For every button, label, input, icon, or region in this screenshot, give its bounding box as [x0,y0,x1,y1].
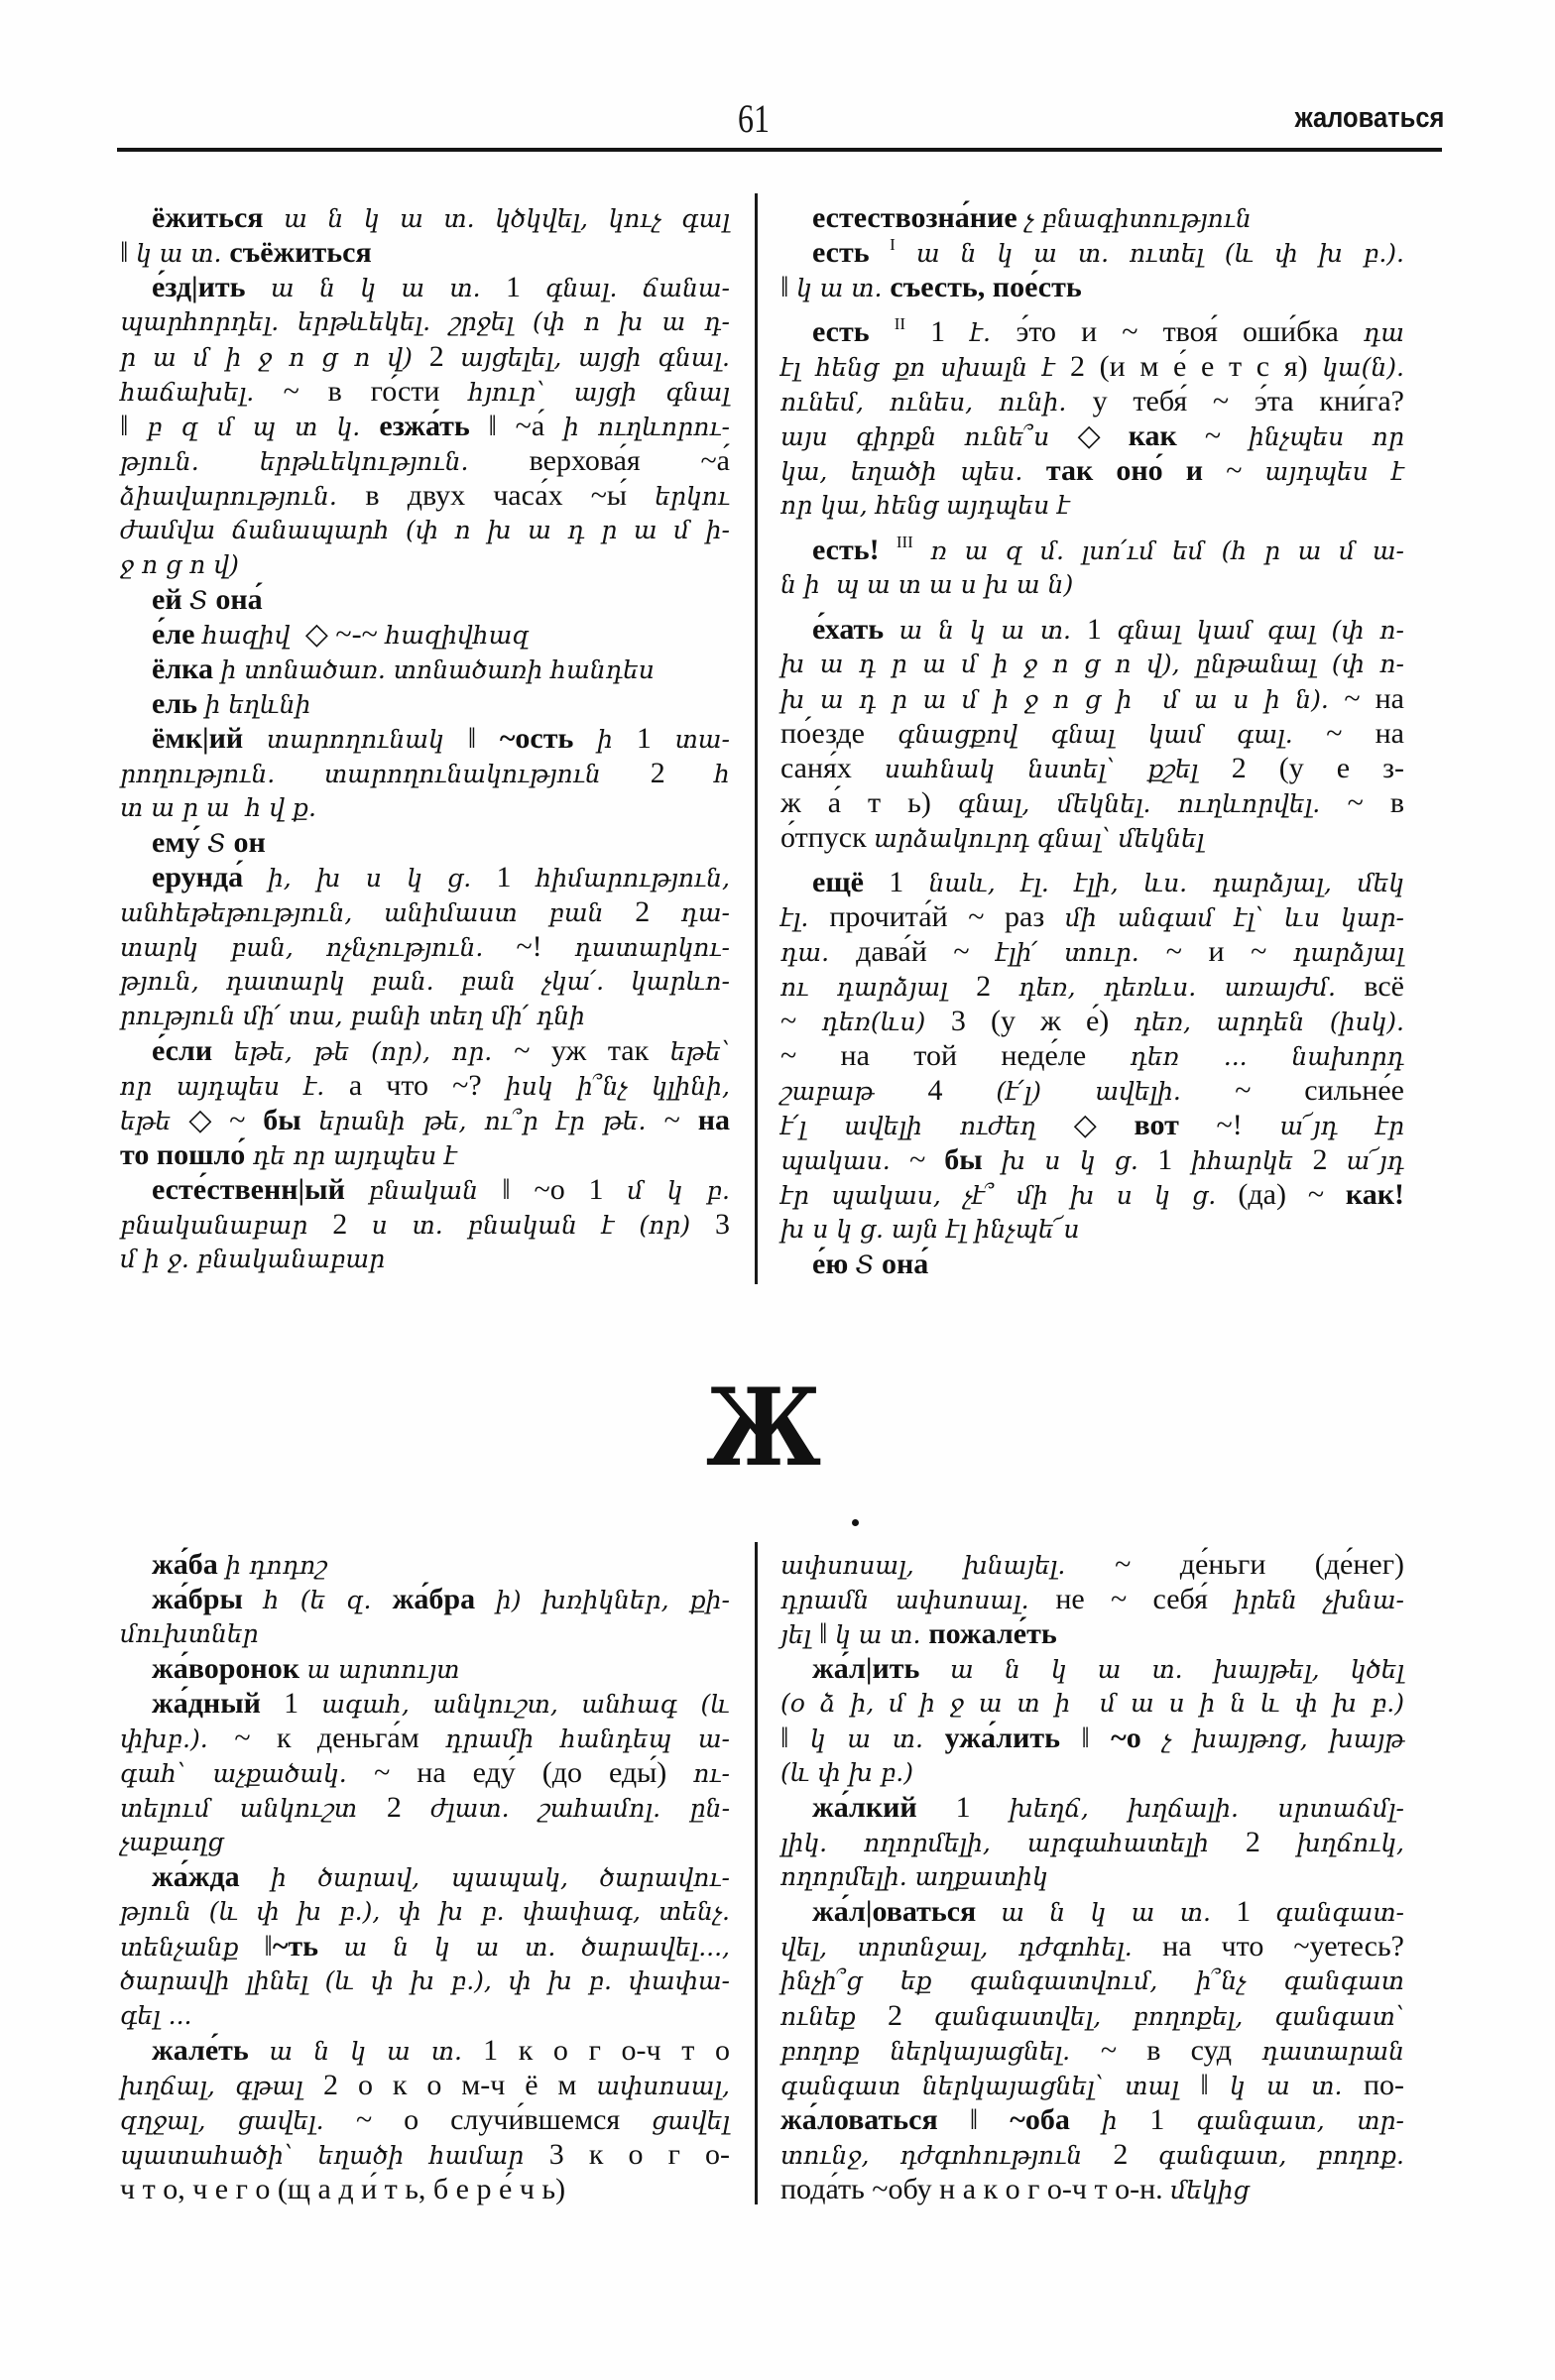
russian-text: ◇ ~ [188,1104,263,1136]
entry-line: որ կա, հենց այդպես է [780,488,1404,523]
armenian-translation: էր պակաս, չէ՞ մի խ ս կ ց. [780,1181,1238,1210]
entry-line-text: էլ. прочита́й ~ раз մի անգամ էլ՝ ևս կար- [780,899,1404,939]
headword: есть [812,315,895,348]
russian-text: саня́х [780,752,885,784]
armenian-translation: ժլատ. շահամոլ. ըն- [430,1794,730,1823]
entry-line: ёжиться ա ն կ ա տ. կծկվել, կուչ գալ [120,200,730,235]
entry-line: գանգատ ներկայացնել՝ տալ ‖ կ ա տ. по- [780,2068,1404,2102]
russian-text: ‖ [780,271,796,303]
entry-line: ն ի պ ա տ ա ս խ ա ն) [780,567,1404,602]
armenian-translation: հյուր՝ այցի գնալ [468,378,730,407]
russian-text: 1 [284,1687,321,1720]
armenian-translation: իրեն չխնա- [1234,1586,1404,1614]
russian-text: ~ на еду́ (до еды́) [374,1756,693,1789]
entry-line: զղջալ, ցավել. ~ о случи́вшемся ցավել [120,2102,730,2137]
armenian-translation: տենչանք [120,1933,264,1962]
armenian-translation: Տ [856,1250,882,1279]
entry-line-text: жа́ловаться ‖ ~оба ի 1 գանգատ, տր- [780,2102,1404,2142]
entry-line: հաճախել. ~ в го́сти հյուր՝ այցի գնալ [120,374,730,409]
russian-text: ~ в суд [1101,2034,1261,2067]
headword: е́хать [812,613,899,646]
entry-line: ~ на той неде́ле դեռ ... նախորդ [780,1038,1404,1073]
bold-phrase: на [698,1104,730,1136]
russian-text: о́тпуск [780,821,874,854]
armenian-translation: կ ա տ. [796,274,890,302]
headword: естествозна́ние [812,201,1024,234]
armenian-translation: կա, եղածի պես. [780,457,1046,486]
armenian-translation: ունեմ, ունես, ունի. [780,388,1093,416]
entry-line: жа́бры հ (ե զ. жа́бра ի) խռիկներ, քի- [120,1582,730,1616]
entry-line-text: жа́дный 1 ագահ, անկուշտ, անհագ (և [152,1686,730,1725]
dictionary-entry: е́сли եթե, թե (որ), որ. ~ уж так եթե՝որ … [120,1033,730,1172]
armenian-translation: դա [1364,318,1404,347]
russian-text: в двух часа́х ~ы́ [365,479,655,512]
russian-text: ч т о, ч е г о (щ а д и́ т ь, б е р е́ ч… [120,2173,565,2205]
entry-line-text: թյուն (և փ խ բ.), փ խ բ. փափագ, տենչ. [120,1894,730,1933]
headword: жа́дный [152,1687,284,1720]
entry-line-text: տարկ բան, ոչնչություն. ~! դատարկու- [120,929,730,969]
armenian-translation: ի [597,725,637,754]
armenian-translation: մ ի ջ. բնականաբար [120,1245,385,1273]
entry-line: որ այդպես է. а что ~? իսկ ի՞նչ կլինի, [120,1068,730,1103]
entry-line: ծարավի լինել (և փ խ բ.), փ խ բ. փափա- [120,1963,730,1998]
entry-line: есть I ա ն կ ա տ. ուտել (և փ խ բ.). [780,235,1404,270]
armenian-translation: դա- [680,898,730,927]
entry-line-text: (և փ խ բ.) [780,1755,913,1794]
russian-text: ‖ ~а́ [470,410,563,442]
entry-line: խղճալ, գթալ 2 о к о м-ч ё м ափսոսալ, [120,2068,730,2102]
russian-text: ~ [664,1104,698,1136]
dictionary-entry: есть II 1 է. э́то и ~ твоя́ оши́бка դաէլ… [780,314,1404,523]
russian-text: 3 к о г о- [549,2138,730,2171]
entry-line: թյուն (և փ խ բ.), փ խ բ. փափագ, տենչ. [120,1894,730,1929]
entry-line-text: саня́х սահնակ նստել՝ քշել 2 (у е з- [780,751,1404,790]
dictionary-entry: жа́дный 1 ագահ, անկուշտ, անհագ (ևփխբ.). … [120,1686,730,1859]
russian-text: 2 [429,340,460,373]
armenian-translation: ափսոսալ, խնայել. [780,1551,1115,1580]
entry-line-text: րություն մի՛ տա, բանի տեղ մի՛ դնի [120,999,585,1037]
entry-line-text: տելում անկուշտ 2 ժլատ. շահամոլ. ըն- [120,1790,730,1830]
armenian-translation: խղճուկ, [1296,1829,1404,1857]
entry-line-text: е́ю Տ она́ [812,1247,928,1286]
dictionary-entry: е́зд|ить ա ն կ ա տ. 1 գնալ. ճանա-պարհորդ… [120,270,730,582]
russian-text: ~ в [1348,786,1404,819]
entry-line: саня́х սահնակ նստել՝ քշել 2 (у е з- [780,751,1404,785]
headword: жа́воронок [152,1652,307,1685]
dictionary-entry: ель ի եղևնի [120,686,730,721]
entry-line: անհեթեթություն, անիմաստ բան 2 դա- [120,894,730,929]
dictionary-entry: жа́бры հ (ե զ. жа́бра ի) խռիկներ, քի-մու… [120,1582,730,1651]
russian-text: пода́ть ~обу н а к о г о-ч т о-н. [780,2173,1170,2205]
dictionary-entry: ерунда́ ի, խ ս կ ց. 1 հիմարություն,անհեթ… [120,860,730,1033]
armenian-translation: (օ ձ ի, մ ի ջ ա տ ի մ ա ս ի ն և փ խ բ.) [780,1689,1404,1718]
entry-line-text: жа́воронок ա արտույտ [152,1651,460,1691]
entry-line: տելում անկուշտ 2 ժլատ. շահամոլ. ըն- [120,1790,730,1825]
bold-phrase: съесть, пое́сть [890,271,1081,303]
entry-line-text: ժամվա ճանապարհ (փ ո խ ա դ ր ա մ ի- [120,513,730,551]
entry-line: е́ле հազիվ ◇ ~-~ հազիվհազ [120,617,730,652]
russian-text: ‖ [938,2103,1011,2136]
armenian-translation: (է՛լ) ավելի. [996,1077,1235,1106]
entry-line-text: մուխտներ [120,1616,259,1655]
entry-line-text: դրամն ափսոսալ. не ~ себя́ իրեն չխնա- [780,1582,1404,1621]
armenian-translation: ինչի՞ց եք գանգատվում, ի՞նչ գանգատ [780,1966,1404,1995]
entry-line-text: ու դարձյալ 2 դեռ, դեռևս. առայժմ. всё [780,969,1404,1009]
entry-line: ему́ Տ он [120,825,730,860]
entry-line: (օ ձ ի, մ ի ջ ա տ ի մ ա ս ի ն և փ խ բ.) [780,1686,1404,1721]
bold-phrase: ~ть [273,1930,344,1963]
entry-line: րություն մի՛ տա, բանի տեղ մի՛ դնի [120,999,730,1033]
bold-phrase: жа́бра [393,1583,496,1615]
entry-line-text: ‖ կ ա տ. съесть, пое́сть [780,270,1082,309]
armenian-translation: տունջ, դժգոհություն [780,2141,1113,2170]
russian-text: 2 [976,970,1018,1003]
entry-line: տարկ բան, ոչնչություն. ~! դատարկու- [120,929,730,964]
entry-line-text: ч т о, ч е г о (щ а д и́ т ь, б е р е́ ч… [120,2172,565,2211]
entry-line-text: е́сли եթե, թե (որ), որ. ~ уж так եթե՝ [152,1033,730,1073]
armenian-translation: ջ ո ց ո վ) [120,550,239,579]
dictionary-entry: жале́ть ա ն կ ա տ. 1 к о г о-ч т оխղճալ,… [120,2033,730,2206]
entry-line-text: ему́ Տ он [152,825,266,865]
armenian-translation: փխբ.). [120,1725,234,1753]
entry-line-text: ողորմելի. աղքատիկ [780,1859,1048,1898]
page-number: 61 [706,97,801,141]
entry-line: գել ... [120,1998,730,2033]
russian-text: ~ на той неде́ле [780,1039,1130,1072]
dictionary-entry: жа́л|оваться ա ն կ ա տ. 1 գանգատ-վել, տր… [780,1894,1404,2206]
russian-text: ~ [1177,419,1249,452]
entry-line: ей Տ она́ [120,582,730,617]
entry-line: е́хать ա ն կ ա տ. 1 գնալ կամ գալ (փ ո- [780,612,1404,647]
entry-line-text: ունեմ, ունես, ունի. у тебя́ ~ э́та кни́г… [780,384,1404,423]
entry-continuation: ափսոսալ, խնայել. ~ де́ньги (де́нег)դրամն… [780,1547,1404,1651]
entry-line: չաքաղց [120,1825,730,1859]
entry-line: փխբ.). ~ к деньга́м դրամի հանդեպ ա- [120,1721,730,1755]
entry-line: այս գիրքն ունե՞ս ◇ как ~ ինչպես որ [780,418,1404,453]
armenian-translation: ափսոսալ, [596,2072,730,2100]
russian-text: ~ [1226,454,1264,487]
entry-line-text: եթե ◇ ~ бы երանի թե, ու՞ր էր թե. ~ на [120,1103,730,1142]
dictionary-entry: естествозна́ние չ բնագիտություն [780,200,1404,235]
entry-line-text: թյուն, դատարկ բան. բան չկա՛. կարևո- [120,964,730,1003]
armenian-translation: խ ա դ ր ա մ ի ջ ո ց ի մ ա ս ի ն). [780,685,1344,714]
entry-line: էլ. прочита́й ~ раз մի անգամ էլ՝ ևս կար- [780,899,1404,934]
entry-line: պակաս. ~ бы խ ս կ ց. 1 իհարկե 2 ա՜յդ [780,1142,1404,1177]
entry-line: դրամն ափսոսալ. не ~ себя́ իրեն չխնա- [780,1582,1404,1616]
entry-line-text: գանգատ ներկայացնել՝ տալ ‖ կ ա տ. по- [780,2068,1404,2107]
entry-line: жа́л|ить ա ն կ ա տ. խայթել, կծել [780,1651,1404,1686]
headword: е́ле [152,618,202,651]
armenian-translation: ա ն կ ա տ. [1001,1898,1236,1927]
entry-line-text: է՛լ ավելի ուժեղ ◇ вот ~! ա՜յդ էր [780,1108,1404,1147]
entry-line-text: դա. дава́й ~ էլի՛ տուր. ~ и ~ դարձյալ [780,934,1404,974]
armenian-translation: գել ... [120,2001,192,2030]
column-divider-top [755,193,758,1284]
headword: ей [152,583,189,616]
armenian-translation: ի դոդոշ [225,1551,327,1580]
bold-phrase: ужа́лить [945,1722,1060,1754]
entry-line: ч т о, ч е г о (щ а д и́ т ь, б е р е́ ч… [120,2172,730,2206]
entry-line-text: ափսոսալ, խնայել. ~ де́ньги (де́нег) [780,1547,1404,1587]
entry-line: естествозна́ние չ բնագիտություն [780,200,1404,235]
entry-line: դա. дава́й ~ էլի՛ տուր. ~ и ~ դարձյալ [780,934,1404,969]
armenian-translation: հ [714,760,730,788]
armenian-translation: ա արտույտ [307,1655,460,1684]
entry-line: պարհորդել. երթևեկել. շրջել (փ ո խ ա դ- [120,304,730,339]
entry-line: մ ի ջ. բնականաբար [120,1242,730,1276]
russian-text: ‖ [120,236,136,269]
bold-phrase: бы [944,1143,1001,1176]
entry-line: есте́ственн|ый բնական ‖ ~о 1 մ կ բ. [120,1172,730,1207]
entry-line-text: զղջալ, ցավել. ~ о случи́вшемся ցավել [120,2102,730,2142]
entry-line-text: մ ի ջ. բնականաբար [120,1242,385,1280]
armenian-translation: եթե [120,1107,188,1135]
russian-text: на что ~уетесь? [1162,1930,1404,1963]
bold-phrase: жа́ловаться [780,2103,938,2136]
armenian-translation: ի) խռիկներ, քի- [496,1586,730,1614]
entry-line-text: որ կա, հենց այդպես է [780,488,1070,527]
headword: жа́ба [152,1548,225,1581]
russian-text: 2 [651,757,714,789]
entry-line-text: жале́ть ա ն կ ա տ. 1 к о г о-ч т о [152,2033,730,2073]
russian-text: ~ о случи́вшемся [356,2103,652,2136]
dictionary-entry: есть! III ռ ա զ մ. լսո՛ւմ եմ (հ ր ա մ ա-… [780,533,1404,602]
entry-line-text: խ ս կ ց. այն էլ ինչպե՜ս [780,1212,1079,1250]
entry-line-text: то пошло́ դե որ այդպես է [120,1137,457,1177]
entry-line: ր ա մ ի ջ ո ց ո վ) 2 այցելել, այցի գնալ. [120,339,730,374]
armenian-translation: ս տ. բնական է (որ) [372,1211,715,1240]
russian-text: у тебя́ ~ э́та кни́га? [1093,385,1404,417]
entry-line: մուխտներ [120,1616,730,1651]
entry-line-text: վել, տրտնջալ, դժգոհել. на что ~уетесь? [780,1929,1404,1968]
entry-line: жале́ть ա ն կ ա տ. 1 к о г о-ч т о [120,2033,730,2068]
armenian-translation: ժամվա ճանապարհ (փ ո խ ա դ ր ա մ ի- [120,516,730,544]
armenian-translation: բ զ մ պ տ կ. [147,413,379,441]
entry-line: եթե ◇ ~ бы երանի թե, ու՞ր էր թե. ~ на [120,1103,730,1137]
dictionary-entry: ему́ Տ он [120,825,730,860]
entry-line: ‖ բ զ մ պ տ կ. езжа́ть ‖ ~а́ ի ուղևորու- [120,409,730,443]
entry-line: ёмк|ий տարողունակ ‖ ~ость ի 1 տա- [120,721,730,756]
armenian-translation: ա ն կ ա տ. խայթել, կծել [950,1655,1404,1684]
entry-line: բնականաբար 2 ս տ. բնական է (որ) 3 [120,1207,730,1242]
dictionary-entry: жа́л|ить ա ն կ ա տ. խայթել, կծել(օ ձ ի, … [780,1651,1404,1790]
headword: жа́жда [152,1860,271,1893]
russian-text: ‖ [1060,1722,1111,1754]
running-head: жаловаться [1294,101,1444,135]
armenian-translation: ծարավի լինել (և փ խ բ.), փ խ բ. փափա- [120,1966,730,1995]
headword: есть [812,236,890,269]
entry-line-text: ունեք 2 գանգատվել, բողոքել, գանգատ՝ [780,1998,1404,2038]
russian-text: верхова́я ~а́ [530,444,730,477]
headword: жа́л|оваться [812,1895,1001,1928]
entry-line: թյուն. երթևեկություն. верхова́я ~а́ [120,443,730,478]
entry-line-text: жа́бры հ (ե զ. жа́бра ի) խռիկներ, քի- [152,1582,730,1621]
armenian-translation: պակաս. [780,1146,909,1175]
russian-text: 1 [1157,1143,1191,1176]
armenian-translation: տարողունակ [267,725,468,754]
dictionary-entry: ёмк|ий տարողունակ ‖ ~ость ի 1 տա-րողությ… [120,721,730,825]
armenian-translation: թյուն, դատարկ բան. բան չկա՛. կարևո- [120,967,730,996]
armenian-translation: խ ա դ ր ա մ ի ջ ո ց ո վ), ընթանալ (փ ո- [780,650,1404,678]
entry-line: է՛լ ավելի ուժեղ ◇ вот ~! ա՜յդ էր [780,1108,1404,1142]
armenian-translation: երկու [655,482,730,511]
russian-text: прочита́й ~ раз [829,900,1064,933]
headword: ему́ [152,826,207,859]
entry-line: то пошло́ դե որ այդպես է [120,1137,730,1172]
entry-line: ունեք 2 գանգատվել, բողոքել, գանգատ՝ [780,1998,1404,2033]
armenian-translation: խղճալ, գթալ [120,2072,323,2100]
armenian-translation: խեղճ, խղճալի. սրտաճմլ- [1010,1794,1404,1823]
bold-phrase: она́ [215,583,262,616]
dictionary-entry: жа́воронок ա արտույտ [120,1651,730,1686]
column-top-left: ёжиться ա ն կ ա տ. կծկվել, կուչ գալ‖ կ ա… [120,200,730,1276]
russian-text: 1 [956,1791,1010,1824]
armenian-translation: ր ա մ ի ջ ո ց ո վ) [120,343,429,372]
bold-phrase: пожале́ть [928,1617,1056,1650]
homonym-number: III [897,533,913,551]
russian-text: 3 [715,1208,730,1241]
armenian-translation: զղջալ, ցավել. [120,2106,356,2135]
russian-text: ~ к деньга́м [234,1722,445,1754]
entry-line-text: жа́ба ի դոդոշ [152,1547,327,1587]
entry-line: լիկ. ողորմելի, արգահատելի 2 խղճուկ, [780,1825,1404,1859]
entry-line: ինչի՞ց եք գանգատվում, ի՞նչ գանգատ [780,1963,1404,1998]
headword: ерунда́ [152,861,268,893]
print-dot [852,1519,859,1526]
russian-text: ‖ [1200,2069,1229,2101]
entry-line: խ ա դ ր ա մ ի ջ ո ց ո վ), ընթանալ (փ ո- [780,647,1404,681]
armenian-translation: կա(ն). [1322,353,1404,382]
armenian-translation: նաև, էլ. էլի, ևս. դարձյալ, մեկ [928,869,1404,897]
dictionary-entry: есть I ա ն կ ա տ. ուտել (և փ խ բ.).‖ կ ա… [780,235,1404,304]
entry-line-text: էր պակաս, չէ՞ մի խ ս կ ց. (да) ~ как! [780,1177,1404,1217]
entry-line: ~ դեռ(ևս) 3 (у ж е́) դեռ, արդեն (իսկ). [780,1004,1404,1038]
entry-line-text: յել ‖ կ ա տ. пожале́ть [780,1616,1057,1656]
dictionary-entry: жа́жда ի ծարավ, պապակ, ծարավու-թյուն (և … [120,1859,730,2033]
russian-text: ~ в го́сти [284,375,469,408]
russian-text: ~ [909,1143,944,1176]
armenian-translation: էլ հենց քո սխալն է [780,353,1070,382]
armenian-translation: գնալ, մեկնել. ուղևորվել. [958,789,1348,818]
headword: жа́лкий [812,1791,956,1824]
armenian-translation: գնացքով գնալ կամ գալ. [897,720,1326,749]
armenian-translation: այցելել, այցի գնալ. [460,343,730,372]
armenian-translation: ի [1102,2106,1149,2135]
entry-line: е́ю Տ она́ [780,1247,1404,1281]
entry-line: ж а́ т ь) գնալ, մեկնել. ուղևորվել. ~ в [780,785,1404,820]
entry-line-text: ծարավի լինել (և փ խ բ.), փ խ բ. փափա- [120,1963,730,2002]
armenian-translation: է. [970,318,1016,347]
bold-phrase: езжа́ть [379,410,469,442]
armenian-translation: դատարկու- [574,933,730,962]
entry-line-text: պարհորդել. երթևեկել. շրջել (փ ո խ ա դ- [120,304,730,343]
entry-line: բողոք ներկայացնել. ~ в суд դատարան [780,2033,1404,2068]
entry-line: րողություն. տարողունակություն 2 հ [120,756,730,790]
bold-phrase: как! [1346,1178,1404,1211]
russian-text: ~ и ~ [1166,935,1293,968]
entry-line-text: ж а́ т ь) գնալ, մեկնել. ուղևորվել. ~ в [780,785,1404,825]
entry-line: ель ի եղևնի [120,686,730,721]
armenian-translation: կ ա տ. [810,1725,945,1753]
armenian-translation: գանգատվել, բողոքել, գանգատ՝ [934,2002,1404,2031]
entry-line: ջ ո ց ո վ) [120,547,730,582]
armenian-translation: էլի՛ տուր. [996,938,1166,967]
dictionary-entry: ёжиться ա ն կ ա տ. կծկվել, կուչ գալ‖ կ ա… [120,200,730,270]
armenian-translation: ն ի պ ա տ ա ս խ ա ն) [780,570,1073,599]
entry-line-text: անհեթեթություն, անիմաստ բան 2 դա- [120,894,730,934]
entry-line: շաբաթ 4 (է՛լ) ավելի. ~ сильне́е [780,1073,1404,1108]
russian-text: ~ сильне́е [1235,1074,1404,1107]
armenian-translation: մուխտներ [120,1619,259,1648]
russian-text: 2 [332,1208,371,1241]
armenian-translation: ողորմելի. աղքատիկ [780,1862,1048,1891]
entry-line-text: ей Տ она́ [152,582,263,622]
russian-text: 2 (у е з- [1232,752,1404,784]
armenian-translation: եթե, թե (որ), որ. [234,1037,515,1066]
armenian-translation: հազիվհազ [385,621,529,650]
entry-line-text: լիկ. ողորմելի, արգահատելի 2 խղճուկ, [780,1825,1404,1864]
armenian-translation: լիկ. ողորմելի, արգահատելի [780,1829,1246,1857]
armenian-translation: մեկից [1170,2176,1249,2204]
russian-text: ‖ [780,1722,810,1754]
armenian-translation: տելում անկուշտ [120,1794,387,1823]
armenian-translation: գանգատ, բողոք. [1158,2141,1404,2170]
armenian-translation: որ կա, հենց այդպես է [780,491,1070,520]
armenian-translation: գանգատ, տր- [1196,2106,1404,2135]
headword: ёжиться [152,201,264,234]
armenian-translation: այդպես է [1265,457,1404,486]
entry-line: (և փ խ բ.) [780,1755,1404,1790]
armenian-translation: Տ [207,829,233,858]
armenian-translation: բնականաբար [120,1211,332,1240]
entry-line-text: խ ա դ ր ա մ ի ջ ո ց ի մ ա ս ի ն). ~ на [780,681,1404,721]
armenian-translation: ձիավարություն. [120,482,365,511]
entry-line: ողորմելի. աղքատիկ [780,1859,1404,1894]
dictionary-entry: е́ю Տ она́ [780,1247,1404,1281]
bold-phrase: съёжиться [229,236,371,269]
entry-line: տ ա ր ա հ վ ք. [120,790,730,825]
entry-line: տենչանք ‖~ть ա ն կ ա տ. ծարավել..., [120,1929,730,1963]
entry-line-text: е́зд|ить ա ն կ ա տ. 1 գնալ. ճանա- [152,270,730,309]
entry-line-text: ерунда́ ի, խ ս կ ց. 1 հիմարություն, [152,860,730,899]
entry-line: е́зд|ить ա ն կ ա տ. 1 գնալ. ճանա- [120,270,730,304]
entry-line: жа́дный 1 ագահ, անկուշտ, անհագ (և [120,1686,730,1721]
armenian-translation: տա- [675,725,730,754]
armenian-translation: ու դարձյալ [780,973,976,1002]
armenian-translation: դե որ այդպես է [253,1141,457,1170]
column-bottom-right: ափսոսալ, խնայել. ~ де́ньги (де́нег)դրամն… [780,1547,1404,2206]
entry-line-text: пода́ть ~обу н а к о г о-ч т о-н. մեկից [780,2172,1250,2211]
section-letter-heading: Ж [706,1368,815,1487]
entry-line-text: բողոք ներկայացնել. ~ в суд դատարան [780,2033,1404,2073]
entry-line: ունեմ, ունես, ունի. у тебя́ ~ э́та кни́г… [780,384,1404,418]
armenian-translation: այս գիրքն ունե՞ս [780,422,1078,451]
armenian-translation: ռ ա զ մ. լսո՛ւմ եմ (հ ր ա մ ա- [913,536,1404,565]
armenian-translation: դարձյալ [1293,938,1404,967]
russian-text: а что ~? [349,1069,506,1102]
russian-text: э́то и ~ твоя́ оши́бка [1016,315,1363,348]
russian-text: ◇ [1074,1109,1135,1141]
russian-text: (да) ~ [1238,1178,1345,1211]
bold-phrase: ~о [1111,1722,1162,1754]
entry-line: жа́лкий 1 խեղճ, խղճալի. սրտաճմլ- [780,1790,1404,1825]
russian-text: ◇ [1078,419,1129,452]
headword: е́ю [812,1248,856,1280]
armenian-translation: գնալ. ճանա- [545,274,730,302]
entry-line: յել ‖ կ ա տ. пожале́ть [780,1616,1404,1651]
armenian-translation: ի ծարավ, պապակ, ծարավու- [271,1863,730,1892]
headword: есть! [812,534,897,566]
